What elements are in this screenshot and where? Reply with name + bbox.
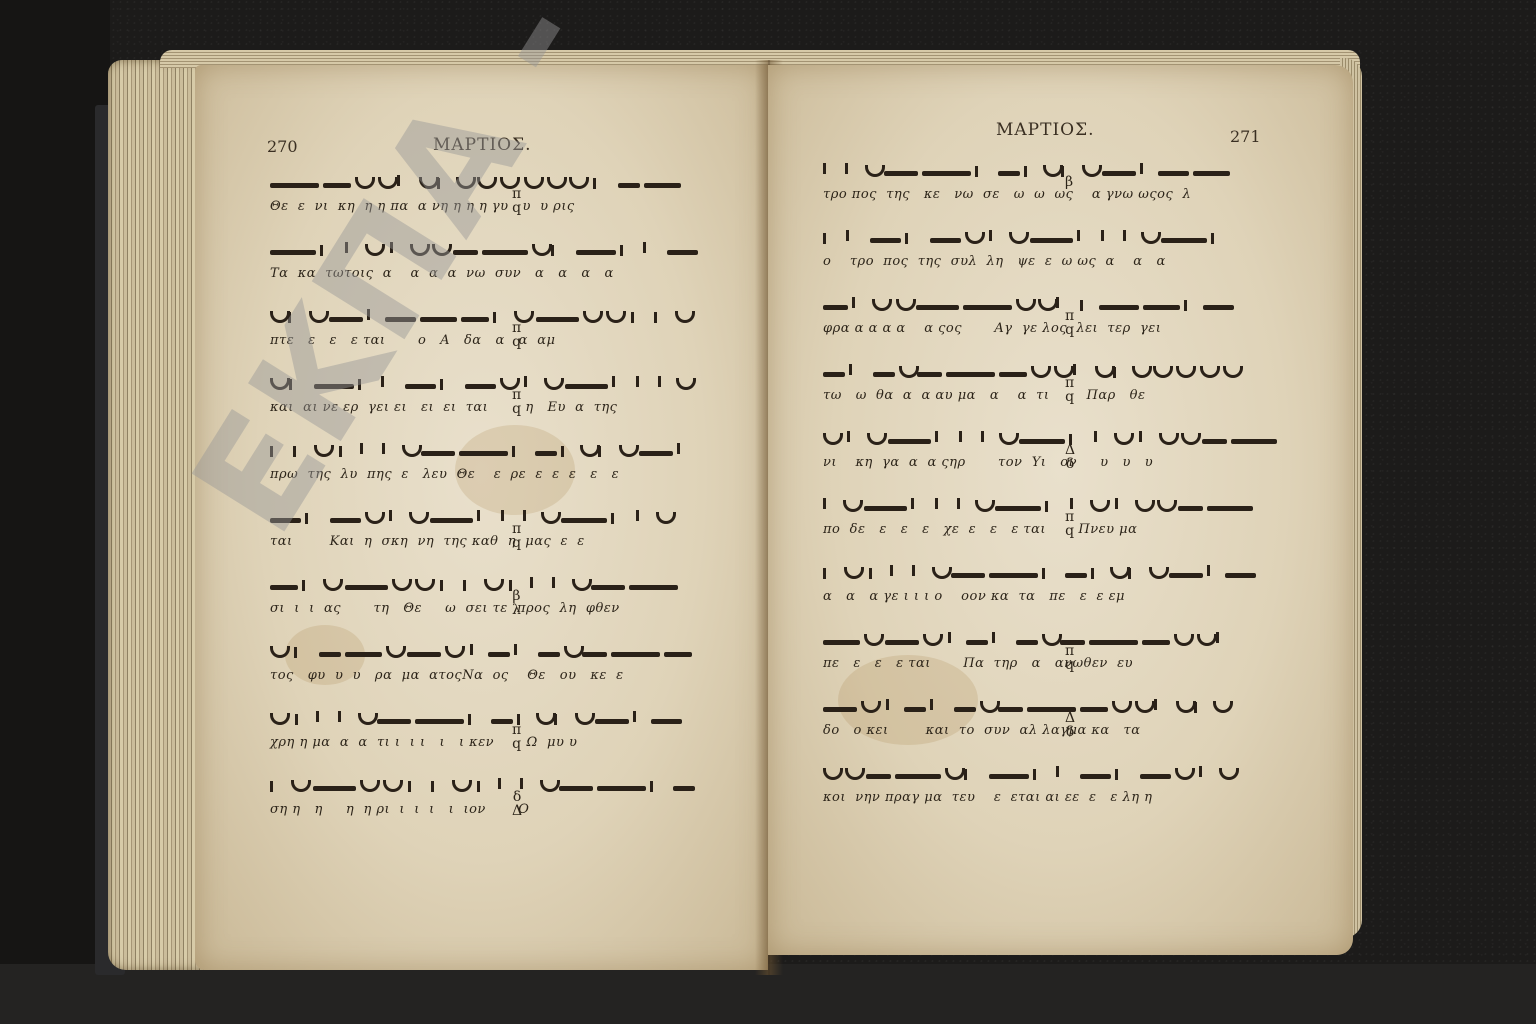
neume-notation bbox=[823, 153, 1263, 187]
neume-notation bbox=[823, 354, 1263, 388]
lyric-line: ο τρο πος της συλ λη ψε ε ω ως α α α bbox=[823, 254, 1263, 269]
right-page: 271 ΜΑΡΤΙΟΣ. τρο πος της κε νω σε ω ω ως… bbox=[768, 65, 1353, 955]
martyria-sign: πq bbox=[1065, 376, 1074, 404]
lyric-line: τω ω θα α α αυ μα α α τι Παρ θε bbox=[823, 388, 1263, 403]
neume-notation bbox=[823, 220, 1263, 254]
neume-notation bbox=[270, 567, 710, 601]
neume-notation bbox=[823, 421, 1263, 455]
martyria-sign: πq bbox=[1065, 510, 1074, 538]
neume-notation bbox=[823, 555, 1263, 589]
lyric-line: σι ι ι ας τη Θε ω σει τε προς λη φθεν bbox=[270, 601, 710, 616]
martyria-sign: βλ bbox=[512, 589, 521, 617]
martyria-sign: πq bbox=[1065, 644, 1074, 672]
chant-system: δο ο κει και το συν αλ λαγμα κα ταΔδ bbox=[823, 689, 1263, 738]
chant-system: τρο πος της κε νω σε ω ω ως α γνω ωςος λ… bbox=[823, 153, 1263, 202]
martyria-sign: πq bbox=[512, 388, 521, 416]
chant-system: τω ω θα α α αυ μα α α τι Παρ θεπq bbox=[823, 354, 1263, 403]
lyric-line: κοι νην πραγ μα τευ ε εται αι εε ε ε λη … bbox=[823, 790, 1263, 805]
dark-cloth-background bbox=[0, 0, 110, 1024]
chant-system: σι ι ι ας τη Θε ω σει τε προς λη φθενβλ bbox=[270, 567, 710, 616]
neume-notation bbox=[270, 768, 710, 802]
martyria-sign: πq bbox=[512, 522, 521, 550]
martyria-sign: δΔ bbox=[512, 790, 522, 818]
martyria-sign: πq bbox=[512, 723, 521, 751]
martyria-sign: πq bbox=[1065, 309, 1074, 337]
chant-system: νι κη γα α α ςηρ τον Υι ον υ υ υΔδ bbox=[823, 421, 1263, 470]
chant-system: α α α γε ι ι ι ο οον κα τα πε ε ε εμ bbox=[823, 555, 1263, 604]
chant-system: ο τρο πος της συλ λη ψε ε ω ως α α α bbox=[823, 220, 1263, 269]
lyric-line: δο ο κει και το συν αλ λαγμα κα τα bbox=[823, 723, 1263, 738]
martyria-sign: β bbox=[1065, 175, 1073, 189]
lyric-line: πε ε ε ε ται Πα τηρ α ανωθεν ευ bbox=[823, 656, 1263, 671]
lyric-line: ται Και η σκη νη της καθ η μας ε ε bbox=[270, 534, 710, 549]
neume-notation bbox=[823, 689, 1263, 723]
neume-notation bbox=[823, 622, 1263, 656]
folio-number: 271 bbox=[1230, 127, 1261, 146]
martyria-sign: Δδ bbox=[1065, 443, 1075, 471]
chant-system: φρα α α α α α ςος Αγ γε λος λει τερ γειπ… bbox=[823, 287, 1263, 336]
neume-notation bbox=[823, 287, 1263, 321]
martyria-sign: πq bbox=[512, 321, 521, 349]
lyric-line: πο δε ε ε ε χε ε ε ε ται Πνευ μα bbox=[823, 522, 1263, 537]
lyric-line: ση η η η η ρι ι ι ι ι ιον Ο bbox=[270, 802, 710, 817]
lyric-line: χρη η μα α α τι ι ι ι ι ι κεν Ω μυ υ bbox=[270, 735, 710, 750]
lyric-line: νι κη γα α α ςηρ τον Υι ον υ υ υ bbox=[823, 455, 1263, 470]
lyric-line: τρο πος της κε νω σε ω ω ως α γνω ωςος λ bbox=[823, 187, 1263, 202]
neume-notation bbox=[823, 488, 1263, 522]
lyric-line: α α α γε ι ι ι ο οον κα τα πε ε ε εμ bbox=[823, 589, 1263, 604]
neume-notation bbox=[823, 756, 1263, 790]
martyria-sign: Δδ bbox=[1065, 711, 1075, 739]
chant-system: τος φυ υ υ ρα μα ατοςΝα ος Θε ου κε ε bbox=[270, 634, 710, 683]
lyric-line: φρα α α α α α ςος Αγ γε λος λει τερ γει bbox=[823, 321, 1263, 336]
lyric-line: τος φυ υ υ ρα μα ατοςΝα ος Θε ου κε ε bbox=[270, 668, 710, 683]
chant-system: κοι νην πραγ μα τευ ε εται αι εε ε ε λη … bbox=[823, 756, 1263, 805]
chant-system: πο δε ε ε ε χε ε ε ε ται Πνευ μαπq bbox=[823, 488, 1263, 537]
chant-system: πε ε ε ε ται Πα τηρ α ανωθεν ευπq bbox=[823, 622, 1263, 671]
running-head: ΜΑΡΤΙΟΣ. bbox=[996, 120, 1095, 140]
chant-system: ση η η η η ρι ι ι ι ι ιον ΟδΔ bbox=[270, 768, 710, 817]
folio-number: 270 bbox=[267, 137, 298, 156]
chant-system: χρη η μα α α τι ι ι ι ι ι κεν Ω μυ υπq bbox=[270, 701, 710, 750]
neume-notation bbox=[270, 634, 710, 668]
neume-notation bbox=[270, 701, 710, 735]
